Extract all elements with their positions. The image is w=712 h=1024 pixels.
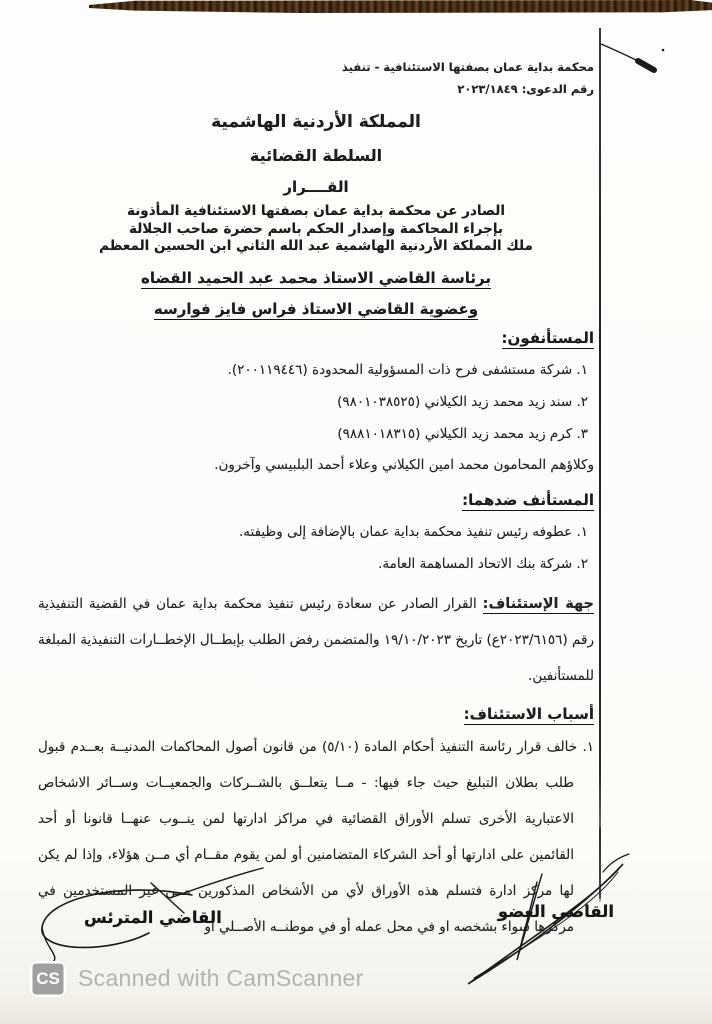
presiding-judge-line: برئاسة القاضي الاستاذ محمد عبد الحميد ال… xyxy=(38,269,594,287)
member-judge-line: وعضوية القاضي الاستاذ فراس فايز فوارسه xyxy=(38,300,594,318)
judicial-authority-title: السلطة القضائية xyxy=(38,146,594,165)
appeal-reasons-heading: أسباب الاستئناف: xyxy=(38,705,594,723)
list-item: ٢. شركة بنك الاتحاد المساهمة العامة. xyxy=(38,548,588,580)
list-item: ١. عطوفه رئيس تنفيذ محكمة بداية عمان بال… xyxy=(38,516,588,548)
attorneys-line: وكلاؤهم المحامون محمد امين الكيلاني وعلا… xyxy=(38,450,594,480)
list-item: ١. شركة مستشفى فرح ذات المسؤولية المحدود… xyxy=(38,354,588,386)
court-header-block: محكمة بداية عمان بصفتها الاستئنافية - تن… xyxy=(38,56,594,100)
issued-line-1: الصادر عن محكمة بداية عمان بصفتها الاستئ… xyxy=(38,203,594,221)
camscanner-badge-icon: CS xyxy=(30,961,66,997)
right-margin-rule xyxy=(599,28,601,902)
issued-line-3: ملك المملكة الأردنية الهاشمية عبد الله ا… xyxy=(38,238,594,256)
appellees-list: ١. عطوفه رئيس تنفيذ محكمة بداية عمان بال… xyxy=(38,516,594,580)
list-item: ٢. سند زيد محمد زيد الكيلاني (٩٨٠١٠٣٨٥٢٥… xyxy=(38,386,588,418)
issued-line-2: بإجراء المحاكمة وإصدار الحكم باسم حضرة ص… xyxy=(38,221,594,239)
appellees-heading: المستأنف ضدهما: xyxy=(38,491,594,509)
camscanner-watermark: Scanned with CamScanner xyxy=(78,965,364,992)
kingdom-title: المملكة الأردنية الهاشمية xyxy=(38,112,594,132)
presiding-judge-label: القاضي المترئس xyxy=(84,908,222,927)
list-item: ٣. كرم زيد محمد زيد الكيلاني (٩٨٨١٠١٨٣١٥… xyxy=(38,418,588,450)
issued-by-lines: الصادر عن محكمة بداية عمان بصفتها الاستئ… xyxy=(38,203,594,256)
reason-number: ١. xyxy=(582,739,594,755)
appellants-heading: المستأنفون: xyxy=(38,329,594,347)
scanned-court-document: محكمة بداية عمان بصفتها الاستئنافية - تن… xyxy=(0,0,712,1024)
desk-edge-strip xyxy=(0,0,712,13)
appellants-list: ١. شركة مستشفى فرح ذات المسؤولية المحدود… xyxy=(38,354,594,450)
appeal-subject-heading: جهة الإستئناف: xyxy=(483,596,594,614)
document-body: محكمة بداية عمان بصفتها الاستئنافية - تن… xyxy=(38,56,594,945)
court-name-line: محكمة بداية عمان بصفتها الاستئنافية - تن… xyxy=(38,56,594,78)
appeal-subject-paragraph: جهة الإستئناف: القرار الصادر عن سعادة رئ… xyxy=(38,586,594,694)
case-number-line: رقم الدعوى: ٢٠٢٣/١٨٤٩ xyxy=(38,78,594,100)
pen-mark-icon xyxy=(601,44,664,70)
decision-title: القــــرار xyxy=(38,178,594,196)
member-judge-label: القاضي العضو xyxy=(498,902,614,921)
reason-text: خالف قرار رئاسة التنفيذ أحكام المادة (٥/… xyxy=(38,739,577,935)
